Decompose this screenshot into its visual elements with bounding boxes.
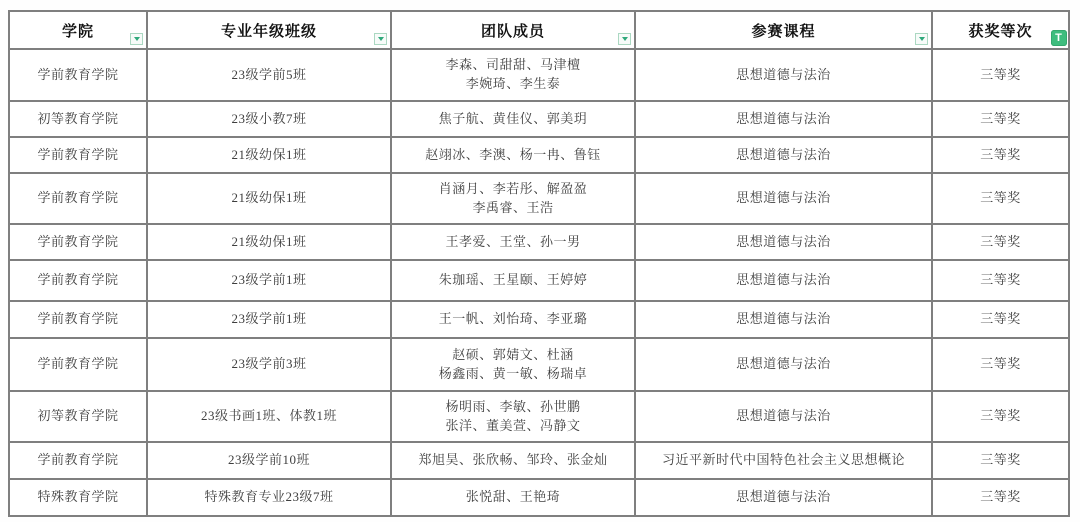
- table-cell-course: 思想道德与法治: [636, 339, 933, 392]
- table-cell-award: 三等奖: [933, 261, 1070, 302]
- table-cell-members: 杨明雨、李敏、孙世鹏张洋、董美萱、冯静文: [392, 392, 636, 443]
- table-cell-text: 学前教育学院: [37, 355, 118, 374]
- table-cell-text: 21级幼保1班: [231, 189, 306, 208]
- member-names-line: 杨明雨、李敏、孙世鹏: [445, 398, 580, 417]
- table-cell-college: 初等教育学院: [10, 102, 148, 138]
- table-cell-text: 思想道德与法治: [736, 355, 831, 374]
- table-cell-college: 特殊教育学院: [10, 480, 148, 517]
- table-cell-text: 三等奖: [980, 451, 1021, 470]
- table-cell-text: 23级学前3班: [231, 355, 306, 374]
- table-cell-members: 郑旭昊、张欣畅、邹玲、张金灿: [392, 443, 636, 480]
- column-header-label: 团队成员: [481, 20, 545, 41]
- table-cell-members: 李森、司甜甜、马津檀李婉琦、李生泰: [392, 50, 636, 102]
- table-cell-course: 思想道德与法治: [636, 480, 933, 517]
- table-cell-class: 特殊教育专业23级7班: [148, 480, 392, 517]
- member-names-line: 李森、司甜甜、马津檀: [445, 56, 580, 75]
- member-names-line: 王一帆、刘怡琦、李亚璐: [439, 310, 588, 329]
- table-cell-award: 三等奖: [933, 50, 1070, 102]
- filter-dropdown-button[interactable]: [618, 33, 631, 45]
- table-cell-text: 21级幼保1班: [231, 146, 306, 165]
- table-cell-text: 学前教育学院: [37, 271, 118, 290]
- member-names-line: 郑旭昊、张欣畅、邹玲、张金灿: [418, 451, 607, 470]
- column-header-class: 专业年级班级: [148, 12, 392, 50]
- member-names-line: 朱珈瑶、王星颐、王婷婷: [439, 271, 588, 290]
- table-cell-text: 三等奖: [980, 146, 1021, 165]
- column-header-award: 获奖等次T: [933, 12, 1070, 50]
- table-cell-text: 学前教育学院: [37, 233, 118, 252]
- table-cell-college: 学前教育学院: [10, 174, 148, 225]
- table-cell-class: 23级小教7班: [148, 102, 392, 138]
- filter-dropdown-button[interactable]: [130, 33, 143, 45]
- table-cell-members: 焦子航、黄佳仪、郭美玥: [392, 102, 636, 138]
- table-cell-text: 特殊教育学院: [37, 488, 118, 507]
- chevron-down-icon: [919, 37, 925, 41]
- table-cell-text: 习近平新时代中国特色社会主义思想概论: [662, 451, 905, 470]
- column-header-members: 团队成员: [392, 12, 636, 50]
- table-cell-text: 23级书画1班、体教1班: [201, 407, 337, 426]
- table-cell-class: 21级幼保1班: [148, 174, 392, 225]
- table-cell-text: 学前教育学院: [37, 451, 118, 470]
- text-extract-badge[interactable]: T: [1051, 30, 1067, 46]
- column-header-label: 专业年级班级: [221, 20, 317, 41]
- table-cell-text: 学前教育学院: [37, 146, 118, 165]
- table-cell-text: 特殊教育专业23级7班: [204, 488, 333, 507]
- table-cell-award: 三等奖: [933, 174, 1070, 225]
- table-cell-class: 23级学前5班: [148, 50, 392, 102]
- table-cell-text: 思想道德与法治: [736, 310, 831, 329]
- table-cell-course: 思想道德与法治: [636, 302, 933, 339]
- table-cell-college: 学前教育学院: [10, 302, 148, 339]
- table-cell-award: 三等奖: [933, 443, 1070, 480]
- table-cell-college: 学前教育学院: [10, 225, 148, 261]
- table-cell-class: 21级幼保1班: [148, 138, 392, 174]
- table-cell-course: 思想道德与法治: [636, 102, 933, 138]
- member-names-line: 张悦甜、王艳琦: [466, 488, 561, 507]
- table-cell-text: 三等奖: [980, 189, 1021, 208]
- table-cell-class: 23级学前1班: [148, 261, 392, 302]
- table-cell-college: 初等教育学院: [10, 392, 148, 443]
- table-cell-text: 三等奖: [980, 271, 1021, 290]
- table-cell-text: 三等奖: [980, 66, 1021, 85]
- column-header-course: 参赛课程: [636, 12, 933, 50]
- table-cell-award: 三等奖: [933, 302, 1070, 339]
- table-cell-course: 思想道德与法治: [636, 50, 933, 102]
- table-cell-course: 思想道德与法治: [636, 392, 933, 443]
- table-cell-class: 21级幼保1班: [148, 225, 392, 261]
- table-cell-text: 思想道德与法治: [736, 66, 831, 85]
- table-cell-text: 思想道德与法治: [736, 488, 831, 507]
- table-cell-members: 赵翊冰、李澳、杨一冉、鲁钰: [392, 138, 636, 174]
- filter-dropdown-button[interactable]: [915, 33, 928, 45]
- table-cell-course: 思想道德与法治: [636, 261, 933, 302]
- table-cell-text: 思想道德与法治: [736, 407, 831, 426]
- member-names-line: 杨鑫雨、黄一敏、杨瑞卓: [439, 365, 588, 384]
- table-cell-college: 学前教育学院: [10, 50, 148, 102]
- table-cell-college: 学前教育学院: [10, 339, 148, 392]
- table-cell-members: 赵硕、郭婧文、杜涵杨鑫雨、黄一敏、杨瑞卓: [392, 339, 636, 392]
- member-names-line: 焦子航、黄佳仪、郭美玥: [439, 110, 588, 129]
- table-cell-text: 三等奖: [980, 110, 1021, 129]
- column-header-label: 参赛课程: [751, 20, 815, 41]
- table-cell-text: 23级学前1班: [231, 310, 306, 329]
- chevron-down-icon: [134, 37, 140, 41]
- table-cell-text: 21级幼保1班: [231, 233, 306, 252]
- table-cell-class: 23级学前3班: [148, 339, 392, 392]
- table-cell-members: 王一帆、刘怡琦、李亚璐: [392, 302, 636, 339]
- chevron-down-icon: [378, 37, 384, 41]
- table-cell-members: 肖涵月、李若彤、解盈盈李禹睿、王浩: [392, 174, 636, 225]
- award-table: 学院专业年级班级团队成员参赛课程获奖等次T学前教育学院23级学前5班李森、司甜甜…: [8, 10, 1070, 517]
- member-names-line: 赵硕、郭婧文、杜涵: [452, 346, 574, 365]
- table-cell-text: 23级学前10班: [228, 451, 310, 470]
- table-cell-text: 学前教育学院: [37, 189, 118, 208]
- table-cell-college: 学前教育学院: [10, 261, 148, 302]
- table-cell-course: 思想道德与法治: [636, 138, 933, 174]
- member-names-line: 李禹睿、王浩: [472, 199, 553, 218]
- table-cell-course: 思想道德与法治: [636, 174, 933, 225]
- chevron-down-icon: [622, 37, 628, 41]
- table-cell-text: 三等奖: [980, 233, 1021, 252]
- table-cell-text: 23级小教7班: [231, 110, 306, 129]
- spreadsheet-screenshot: 学院专业年级班级团队成员参赛课程获奖等次T学前教育学院23级学前5班李森、司甜甜…: [0, 0, 1080, 522]
- table-cell-text: 三等奖: [980, 488, 1021, 507]
- table-cell-award: 三等奖: [933, 392, 1070, 443]
- table-cell-text: 23级学前1班: [231, 271, 306, 290]
- table-cell-members: 朱珈瑶、王星颐、王婷婷: [392, 261, 636, 302]
- table-cell-award: 三等奖: [933, 102, 1070, 138]
- table-cell-award: 三等奖: [933, 339, 1070, 392]
- member-names-line: 赵翊冰、李澳、杨一冉、鲁钰: [425, 146, 601, 165]
- table-cell-text: 思想道德与法治: [736, 233, 831, 252]
- filter-dropdown-button[interactable]: [374, 33, 387, 45]
- table-cell-award: 三等奖: [933, 480, 1070, 517]
- table-cell-text: 学前教育学院: [37, 310, 118, 329]
- column-header-label: 获奖等次: [968, 20, 1032, 41]
- table-cell-text: 思想道德与法治: [736, 271, 831, 290]
- table-cell-college: 学前教育学院: [10, 443, 148, 480]
- table-cell-text: 初等教育学院: [37, 407, 118, 426]
- table-cell-class: 23级书画1班、体教1班: [148, 392, 392, 443]
- table-cell-award: 三等奖: [933, 225, 1070, 261]
- table-cell-course: 思想道德与法治: [636, 225, 933, 261]
- table-cell-course: 习近平新时代中国特色社会主义思想概论: [636, 443, 933, 480]
- column-header-college: 学院: [10, 12, 148, 50]
- table-cell-text: 思想道德与法治: [736, 110, 831, 129]
- table-cell-members: 王孝爱、王堂、孙一男: [392, 225, 636, 261]
- member-names-line: 王孝爱、王堂、孙一男: [445, 233, 580, 252]
- table-cell-college: 学前教育学院: [10, 138, 148, 174]
- table-cell-award: 三等奖: [933, 138, 1070, 174]
- table-cell-class: 23级学前1班: [148, 302, 392, 339]
- table-cell-text: 23级学前5班: [231, 66, 306, 85]
- table-cell-text: 思想道德与法治: [736, 146, 831, 165]
- table-cell-text: 三等奖: [980, 407, 1021, 426]
- table-cell-class: 23级学前10班: [148, 443, 392, 480]
- table-cell-text: 思想道德与法治: [736, 189, 831, 208]
- table-cell-members: 张悦甜、王艳琦: [392, 480, 636, 517]
- table-cell-text: 三等奖: [980, 310, 1021, 329]
- member-names-line: 李婉琦、李生泰: [466, 75, 561, 94]
- table-cell-text: 学前教育学院: [37, 66, 118, 85]
- column-header-label: 学院: [62, 20, 94, 41]
- member-names-line: 张洋、董美萱、冯静文: [445, 417, 580, 436]
- table-cell-text: 三等奖: [980, 355, 1021, 374]
- table-cell-text: 初等教育学院: [37, 110, 118, 129]
- member-names-line: 肖涵月、李若彤、解盈盈: [439, 180, 588, 199]
